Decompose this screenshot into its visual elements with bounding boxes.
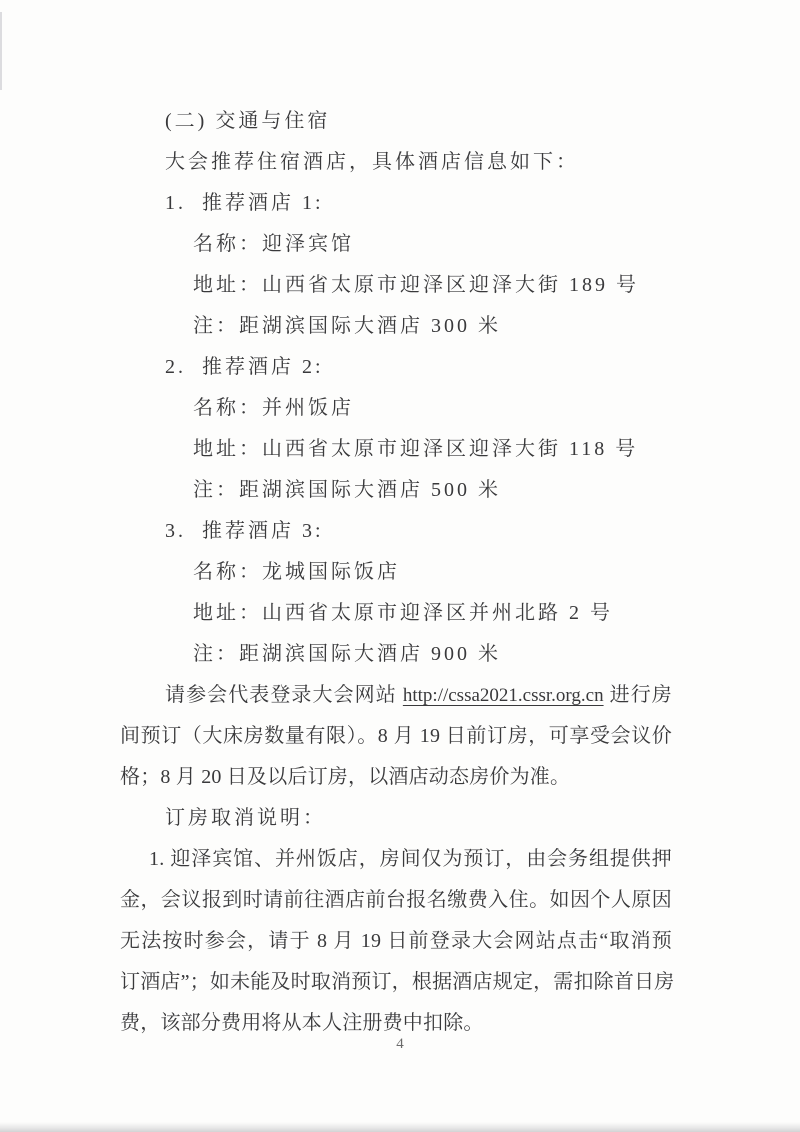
page-number: 4 [0, 1033, 800, 1055]
booking-line-3: 格；8 月 20 日及以后订房，以酒店动态房价为准。 [120, 757, 672, 798]
booking-line-1: 请参会代表登录大会网站 http://cssa2021.cssr.org.cn … [120, 675, 672, 716]
hotel1-name: 名称：迎泽宾馆 [120, 224, 672, 265]
scan-edge-artifact [0, 12, 2, 90]
hotel1-item: 1. 推荐酒店 1: [120, 183, 672, 224]
document-text: (二) 交通与住宿大会推荐住宿酒店，具体酒店信息如下：1. 推荐酒店 1:名称：… [120, 101, 672, 1044]
text-segment: 1. 推荐酒店 1: [165, 192, 324, 214]
text-segment: 格；8 月 20 日及以后订房，以酒店动态房价为准。 [120, 766, 570, 788]
cancel-line-3: 无法按时参会，请于 8 月 19 日前登录大会网站点击“取消预 [120, 921, 672, 962]
conference-website-link[interactable]: http://cssa2021.cssr.org.cn [403, 685, 604, 706]
hotel3-item: 3. 推荐酒店 3: [120, 511, 672, 552]
intro-line: 大会推荐住宿酒店，具体酒店信息如下： [120, 142, 672, 183]
text-segment: 订房取消说明： [165, 807, 326, 829]
text-segment: 名称：迎泽宾馆 [193, 233, 354, 255]
hotel2-address: 地址：山西省太原市迎泽区迎泽大街 118 号 [120, 429, 672, 470]
document-page: (二) 交通与住宿大会推荐住宿酒店，具体酒店信息如下：1. 推荐酒店 1:名称：… [0, 0, 800, 1132]
text-segment: 注：距湖滨国际大酒店 300 米 [193, 315, 501, 337]
text-segment: 订酒店”；如未能及时取消预订，根据酒店规定，需扣除首日房 [120, 971, 674, 993]
scan-bottom-band-artifact [0, 1122, 800, 1132]
text-segment: 名称：并州饭店 [193, 397, 354, 419]
hotel3-address: 地址：山西省太原市迎泽区并州北路 2 号 [120, 593, 672, 634]
hotel1-address: 地址：山西省太原市迎泽区迎泽大街 189 号 [120, 265, 672, 306]
section-heading: (二) 交通与住宿 [120, 101, 672, 142]
text-segment: 地址：山西省太原市迎泽区并州北路 2 号 [193, 602, 613, 624]
hotel1-note: 注：距湖滨国际大酒店 300 米 [120, 306, 672, 347]
booking-line-2: 间预订（大床房数量有限）。8 月 19 日前订房，可享受会议价 [120, 716, 672, 757]
hotel2-note: 注：距湖滨国际大酒店 500 米 [120, 470, 672, 511]
cancel-heading: 订房取消说明： [120, 798, 672, 839]
cancel-line-2: 金，会议报到时请前往酒店前台报名缴费入住。如因个人原因 [120, 880, 672, 921]
text-segment: 注：距湖滨国际大酒店 900 米 [193, 643, 501, 665]
hotel3-name: 名称：龙城国际饭店 [120, 552, 672, 593]
text-segment: 无法按时参会，请于 8 月 19 日前登录大会网站点击“取消预 [120, 930, 672, 952]
text-segment: (二) 交通与住宿 [165, 110, 330, 132]
text-segment: 注：距湖滨国际大酒店 500 米 [193, 479, 501, 501]
text-segment: 进行房 [604, 684, 672, 706]
cancel-line-4: 订酒店”；如未能及时取消预订，根据酒店规定，需扣除首日房 [120, 962, 672, 1003]
text-segment: 金，会议报到时请前往酒店前台报名缴费入住。如因个人原因 [120, 889, 672, 911]
text-segment: 3. 推荐酒店 3: [165, 520, 324, 542]
text-segment: 间预订（大床房数量有限）。8 月 19 日前订房，可享受会议价 [120, 725, 672, 747]
text-segment: 地址：山西省太原市迎泽区迎泽大街 118 号 [193, 438, 638, 460]
hotel2-item: 2. 推荐酒店 2: [120, 347, 672, 388]
text-segment: 名称：龙城国际饭店 [193, 561, 400, 583]
hotel3-note: 注：距湖滨国际大酒店 900 米 [120, 634, 672, 675]
text-segment: 地址：山西省太原市迎泽区迎泽大街 189 号 [193, 274, 639, 296]
text-segment: 请参会代表登录大会网站 [165, 684, 403, 706]
text-segment: 大会推荐住宿酒店，具体酒店信息如下： [165, 151, 579, 173]
text-segment: 2. 推荐酒店 2: [165, 356, 324, 378]
text-segment: 费，该部分费用将从本人注册费中扣除。 [120, 1012, 484, 1034]
cancel-line-1: 1. 迎泽宾馆、并州饭店，房间仅为预订，由会务组提供押 [120, 839, 672, 880]
text-segment: 1. 迎泽宾馆、并州饭店，房间仅为预订，由会务组提供押 [149, 848, 672, 870]
hotel2-name: 名称：并州饭店 [120, 388, 672, 429]
